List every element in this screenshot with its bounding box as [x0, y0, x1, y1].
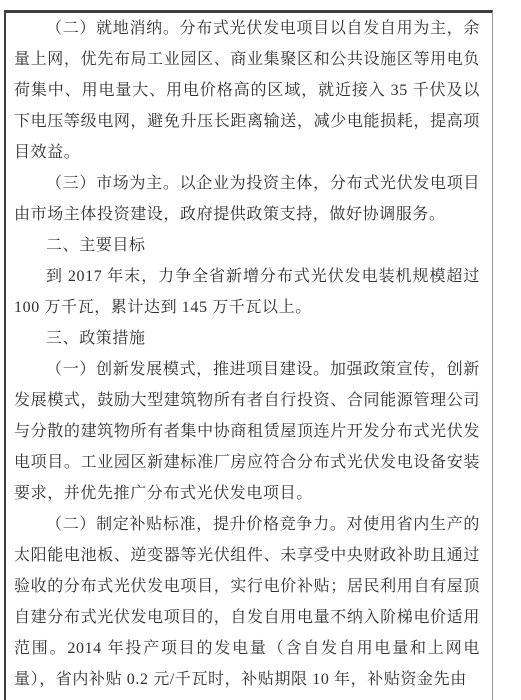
paragraph: （二）就地消纳。分布式光伏发电项目以自发自用为主，余量上网，优先布局工业园区、商…: [14, 13, 480, 168]
page-frame-border: （二）就地消纳。分布式光伏发电项目以自发自用为主，余量上网，优先布局工业园区、商…: [4, 10, 493, 700]
section-heading: 三、政策措施: [14, 323, 480, 354]
paragraph: （三）市场为主。以企业为投资主体，分布式光伏发电项目由市场主体投资建设，政府提供…: [14, 168, 480, 230]
document-text: （二）就地消纳。分布式光伏发电项目以自发自用为主，余量上网，优先布局工业园区、商…: [14, 13, 480, 695]
document-page: （二）就地消纳。分布式光伏发电项目以自发自用为主，余量上网，优先布局工业园区、商…: [0, 0, 521, 700]
paragraph: （一）创新发展模式，推进项目建设。加强政策宣传，创新发展模式，鼓励大型建筑物所有…: [14, 354, 480, 509]
section-heading: 二、主要目标: [14, 230, 480, 261]
paragraph: （二）制定补贴标准，提升价格竞争力。对使用省内生产的太阳能电池板、逆变器等光伏组…: [14, 509, 480, 695]
paragraph: 到 2017 年末，力争全省新增分布式光伏发电装机规模超过 100 万千瓦，累计…: [14, 261, 480, 323]
